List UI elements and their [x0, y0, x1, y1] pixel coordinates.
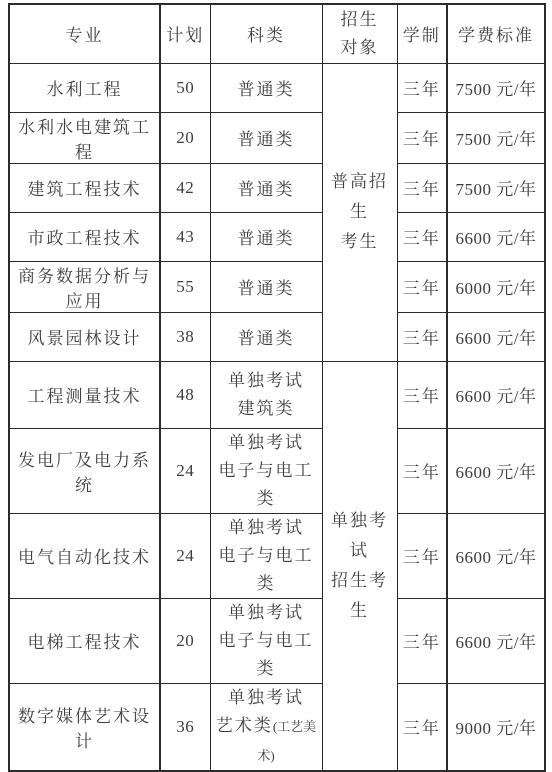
plan-cell: 48 — [160, 361, 210, 428]
col-header-tuition: 学费标准 — [447, 4, 545, 63]
duration-cell: 三年 — [397, 598, 447, 683]
tuition-cell: 7500 元/年 — [447, 63, 545, 112]
plan-cell: 55 — [160, 261, 210, 312]
enrollment-plan-table: 专业 计划 科类 招生 对象 学制 学费标准 水利工程 50 普通类 普高招生 … — [8, 3, 546, 772]
category-cell: 单独考试 电子与电工类 — [210, 428, 322, 513]
tuition-cell: 6600 元/年 — [447, 212, 545, 261]
major-cell: 电气自动化技术 — [9, 513, 160, 598]
duration-cell: 三年 — [397, 163, 447, 212]
plan-cell: 36 — [160, 683, 210, 771]
category-line2-main: 艺术类 — [216, 716, 273, 735]
tuition-cell: 6000 元/年 — [447, 261, 545, 312]
table-row: 市政工程技术 43 普通类 三年 6600 元/年 — [9, 212, 545, 261]
major-cell: 市政工程技术 — [9, 212, 160, 261]
duration-cell: 三年 — [397, 361, 447, 428]
plan-cell: 50 — [160, 63, 210, 112]
plan-cell: 38 — [160, 312, 210, 361]
major-cell: 商务数据分析与应用 — [9, 261, 160, 312]
duration-cell: 三年 — [397, 261, 447, 312]
major-cell: 水利工程 — [9, 63, 160, 112]
duration-cell: 三年 — [397, 683, 447, 771]
table-row: 电气自动化技术 24 单独考试 电子与电工类 三年 6600 元/年 — [9, 513, 545, 598]
category-cell: 普通类 — [210, 163, 322, 212]
table-row: 水利水电建筑工程 20 普通类 三年 7500 元/年 — [9, 112, 545, 163]
major-cell: 工程测量技术 — [9, 361, 160, 428]
target-group-cell-separate: 单独考试 招生考生 — [322, 361, 397, 771]
col-header-target: 招生 对象 — [322, 4, 397, 63]
category-line2: 建筑类 — [213, 395, 320, 423]
category-line1: 单独考试 — [213, 514, 320, 542]
duration-cell: 三年 — [397, 428, 447, 513]
table-row: 商务数据分析与应用 55 普通类 三年 6000 元/年 — [9, 261, 545, 312]
duration-cell: 三年 — [397, 312, 447, 361]
duration-cell: 三年 — [397, 63, 447, 112]
category-cell: 普通类 — [210, 112, 322, 163]
tuition-cell: 6600 元/年 — [447, 513, 545, 598]
category-cell: 单独考试 电子与电工类 — [210, 513, 322, 598]
tuition-cell: 9000 元/年 — [447, 683, 545, 771]
category-cell: 普通类 — [210, 312, 322, 361]
col-header-target-line1: 招生 — [325, 6, 395, 34]
plan-cell: 24 — [160, 428, 210, 513]
category-line1: 单独考试 — [213, 429, 320, 457]
plan-cell: 20 — [160, 598, 210, 683]
table-row: 发电厂及电力系统 24 单独考试 电子与电工类 三年 6600 元/年 — [9, 428, 545, 513]
tuition-cell: 6600 元/年 — [447, 428, 545, 513]
major-cell: 发电厂及电力系统 — [9, 428, 160, 513]
header-row: 专业 计划 科类 招生 对象 学制 学费标准 — [9, 4, 545, 63]
col-header-plan: 计划 — [160, 4, 210, 63]
duration-cell: 三年 — [397, 212, 447, 261]
target-group-line2: 招生考生 — [325, 566, 395, 626]
major-cell: 数字媒体艺术设计 — [9, 683, 160, 771]
plan-cell: 43 — [160, 212, 210, 261]
plan-cell: 42 — [160, 163, 210, 212]
target-group-line1: 单独考试 — [325, 506, 395, 566]
tuition-cell: 7500 元/年 — [447, 112, 545, 163]
duration-cell: 三年 — [397, 513, 447, 598]
table-row: 工程测量技术 48 单独考试 建筑类 单独考试 招生考生 三年 6600 元/年 — [9, 361, 545, 428]
category-cell: 普通类 — [210, 63, 322, 112]
col-header-target-line2: 对象 — [325, 34, 395, 62]
category-line2: 电子与电工类 — [213, 457, 320, 513]
category-cell: 单独考试 电子与电工类 — [210, 598, 322, 683]
category-cell: 普通类 — [210, 212, 322, 261]
category-line2: 艺术类(工艺美术) — [213, 712, 320, 770]
target-group-line2: 考生 — [325, 227, 395, 257]
major-cell: 建筑工程技术 — [9, 163, 160, 212]
col-header-duration: 学制 — [397, 4, 447, 63]
category-line1: 单独考试 — [213, 599, 320, 627]
tuition-cell: 6600 元/年 — [447, 361, 545, 428]
category-line2: 电子与电工类 — [213, 627, 320, 683]
category-line1: 单独考试 — [213, 684, 320, 712]
category-cell: 单独考试 建筑类 — [210, 361, 322, 428]
tuition-cell: 6600 元/年 — [447, 598, 545, 683]
major-cell: 电梯工程技术 — [9, 598, 160, 683]
duration-cell: 三年 — [397, 112, 447, 163]
col-header-major: 专业 — [9, 4, 160, 63]
table-row: 数字媒体艺术设计 36 单独考试 艺术类(工艺美术) 三年 9000 元/年 — [9, 683, 545, 771]
category-cell: 单独考试 艺术类(工艺美术) — [210, 683, 322, 771]
table-row: 建筑工程技术 42 普通类 三年 7500 元/年 — [9, 163, 545, 212]
table-row: 水利工程 50 普通类 普高招生 考生 三年 7500 元/年 — [9, 63, 545, 112]
plan-cell: 20 — [160, 112, 210, 163]
table-row: 电梯工程技术 20 单独考试 电子与电工类 三年 6600 元/年 — [9, 598, 545, 683]
table-row: 风景园林设计 38 普通类 三年 6600 元/年 — [9, 312, 545, 361]
target-group-cell-general: 普高招生 考生 — [322, 63, 397, 361]
tuition-cell: 7500 元/年 — [447, 163, 545, 212]
category-line1: 单独考试 — [213, 367, 320, 395]
major-cell: 风景园林设计 — [9, 312, 160, 361]
category-line2: 电子与电工类 — [213, 542, 320, 598]
plan-cell: 24 — [160, 513, 210, 598]
major-cell: 水利水电建筑工程 — [9, 112, 160, 163]
col-header-category: 科类 — [210, 4, 322, 63]
target-group-line1: 普高招生 — [325, 167, 395, 227]
category-cell: 普通类 — [210, 261, 322, 312]
tuition-cell: 6600 元/年 — [447, 312, 545, 361]
